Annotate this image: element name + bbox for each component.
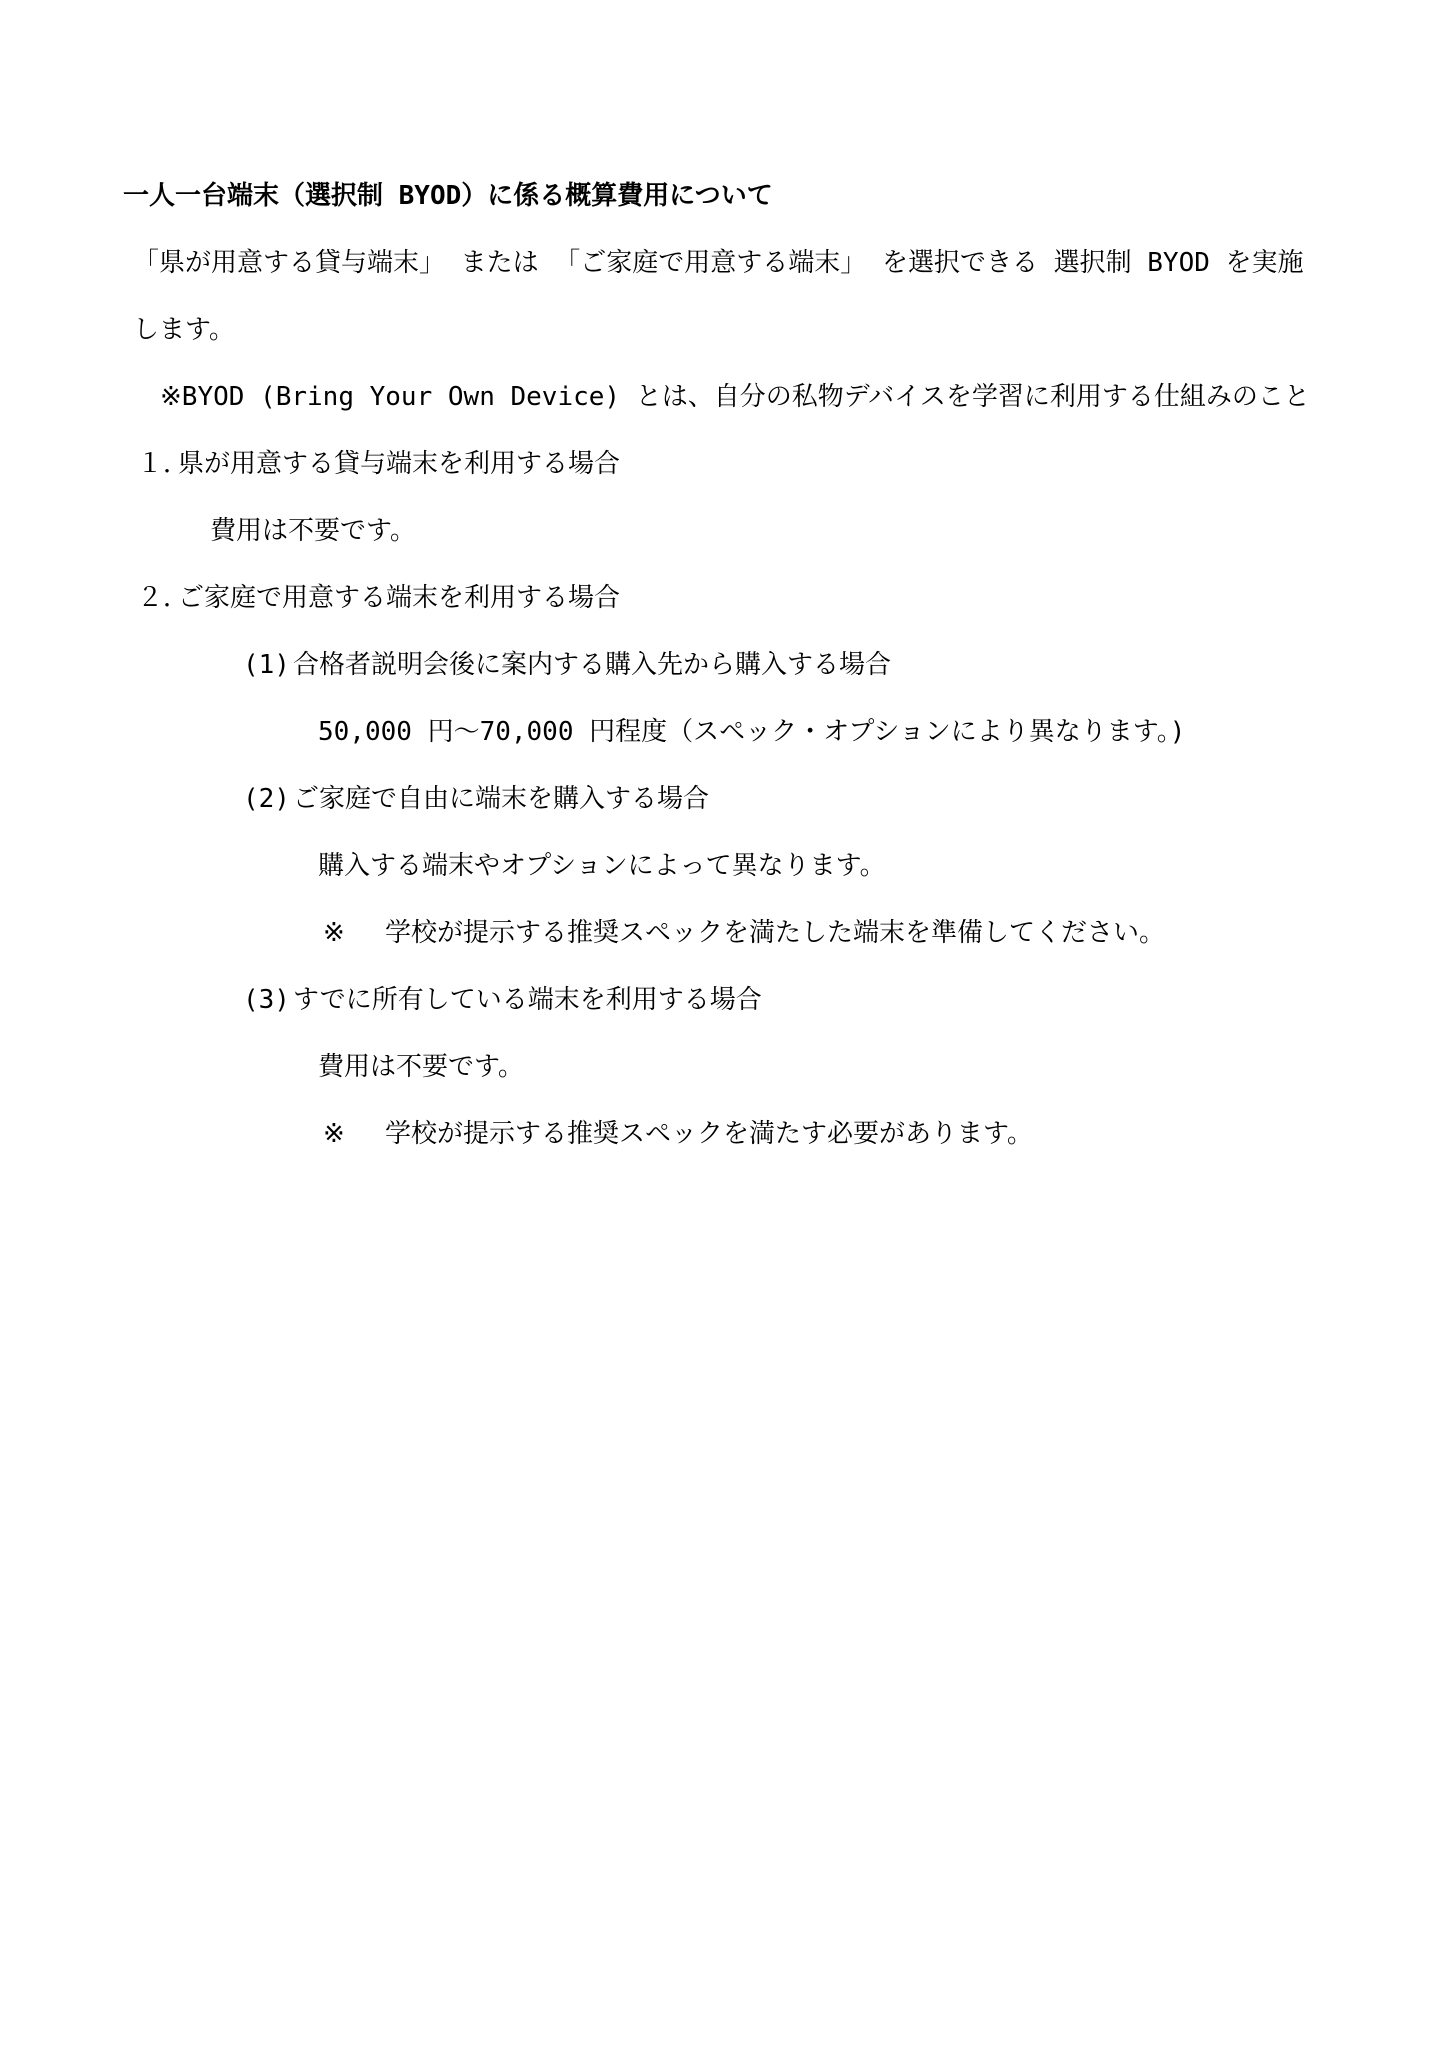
- section-1-body: 費用は不要です。: [210, 507, 1448, 555]
- section-2-item-3-heading-text: すでに所有している端末を利用する場合: [293, 976, 762, 1024]
- section-2-item-3-heading: (3) すでに所有している端末を利用する場合: [243, 976, 1448, 1024]
- section-2-item-1-price: 50,000 円～70,000 円程度（スペック・オプションにより異なります。): [318, 708, 1448, 756]
- intro-paragraph-line-2: します。: [133, 306, 1448, 354]
- section-2-item-2-note-text: 学校が提示する推奨スペックを満たした端末を準備してください。: [385, 909, 1165, 957]
- page-title: 一人一台端末（選択制 BYOD）に係る概算費用について: [123, 172, 1448, 220]
- section-2-item-3-body: 費用は不要です。: [318, 1043, 1448, 1091]
- section-2-item-2-body: 購入する端末やオプションによって異なります。: [318, 842, 1448, 890]
- section-2-item-3-note-marker: ※: [323, 1110, 385, 1158]
- section-2-heading-text: ご家庭で用意する端末を利用する場合: [178, 574, 620, 622]
- section-2-item-1-heading-text: 合格者説明会後に案内する購入先から購入する場合: [293, 641, 891, 689]
- intro-paragraph-line-1: 「県が用意する貸与端末」 または 「ご家庭で用意する端末」 を選択できる 選択制…: [133, 239, 1448, 287]
- section-2-item-3-note-text: 学校が提示する推奨スペックを満たす必要があります。: [385, 1110, 1033, 1158]
- section-2-item-2-note: ※ 学校が提示する推奨スペックを満たした端末を準備してください。: [323, 909, 1448, 957]
- section-2-item-2-heading: (2) ご家庭で自由に端末を購入する場合: [243, 775, 1448, 823]
- section-2-item-2-heading-text: ご家庭で自由に端末を購入する場合: [293, 775, 709, 823]
- section-2-item-1-heading: (1) 合格者説明会後に案内する購入先から購入する場合: [243, 641, 1448, 689]
- section-1-heading-text: 県が用意する貸与端末を利用する場合: [178, 440, 620, 488]
- section-1-heading: １． 県が用意する貸与端末を利用する場合: [137, 440, 1448, 488]
- section-2-item-2-number: (2): [243, 775, 293, 823]
- section-2-number: ２．: [137, 574, 178, 622]
- byod-definition-note: ※BYOD (Bring Your Own Device) とは、自分の私物デバ…: [160, 373, 1448, 421]
- section-2-item-3-number: (3): [243, 976, 293, 1024]
- section-2-item-1-number: (1): [243, 641, 293, 689]
- section-2-item-3-note: ※ 学校が提示する推奨スペックを満たす必要があります。: [323, 1110, 1448, 1158]
- section-2-heading: ２． ご家庭で用意する端末を利用する場合: [137, 574, 1448, 622]
- section-2-item-2-note-marker: ※: [323, 909, 385, 957]
- section-1-number: １．: [137, 440, 178, 488]
- document-page: 一人一台端末（選択制 BYOD）に係る概算費用について 「県が用意する貸与端末」…: [0, 0, 1448, 2048]
